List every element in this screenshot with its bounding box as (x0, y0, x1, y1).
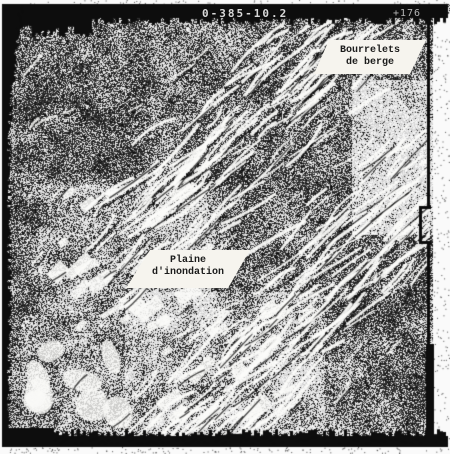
label-line: Bourrelets (314, 45, 426, 57)
corner-mark-text: +176 (393, 8, 421, 19)
label-line: d'inondation (126, 267, 250, 279)
label-line: de berge (314, 57, 426, 69)
photo-id-text: 0-385-10.2 (202, 7, 288, 20)
figure-root: 0-385-10.2 +176 Bourrelets de berge Plai… (0, 0, 450, 454)
label-bourrelets-de-berge: Bourrelets de berge (314, 40, 426, 74)
